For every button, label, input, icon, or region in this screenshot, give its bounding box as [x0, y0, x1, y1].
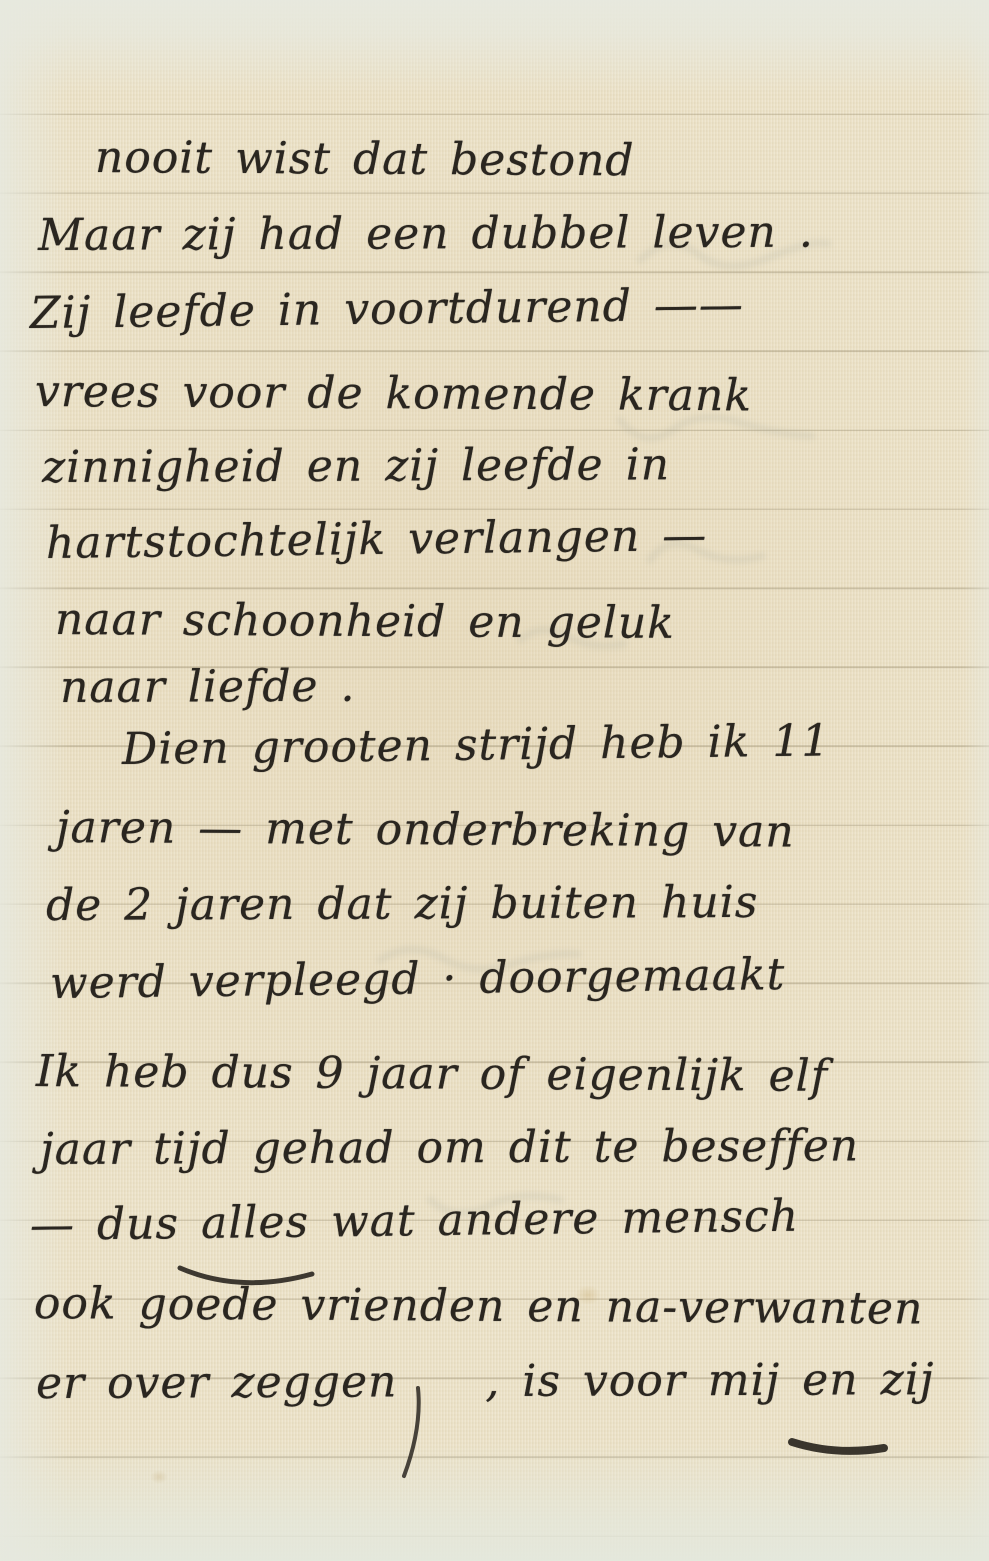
- letter-line-6: hartstochtelijk verlangen —: [46, 510, 708, 569]
- letter-line-14: jaar tijd gehad om dit te beseffen: [40, 1120, 859, 1175]
- letter-line-16: ook goede vrienden en na-verwanten: [34, 1278, 924, 1334]
- letter-line-13: Ik heb dus 9 jaar of eigenlijk elf: [36, 1046, 828, 1102]
- letter-line-7: naar schoonheid en geluk: [55, 594, 675, 649]
- letter-line-17: er over zeggen , is voor mij en zij: [36, 1354, 935, 1409]
- letter-line-15: — dus alles wat andere mensch: [30, 1191, 800, 1251]
- letter-line-4: vrees voor de komende krank: [35, 366, 752, 421]
- letter-line-9: Dien grooten strijd heb ik 11: [122, 715, 831, 775]
- letter-line-2: Maar zij had een dubbel leven .: [38, 207, 814, 261]
- letter-line-8: naar liefde .: [60, 661, 356, 713]
- letter-line-12: werd verpleegd · doorgemaakt: [50, 949, 786, 1009]
- letter-line-10: jaren — met onderbreking van: [56, 802, 795, 858]
- letter-line-1: nooit wist dat bestond: [95, 132, 635, 186]
- letter-line-3: Zij leefde in voortdurend ——: [30, 279, 744, 339]
- handwriting-text: nooit wist dat bestond Maar zij had een …: [0, 0, 989, 1561]
- scanned-letter: nooit wist dat bestond Maar zij had een …: [0, 0, 989, 1561]
- letter-line-5: zinnigheid en zij leefde in: [42, 439, 670, 493]
- letter-sheet: nooit wist dat bestond Maar zij had een …: [0, 0, 989, 1561]
- letter-line-11: de 2 jaren dat zij buiten huis: [46, 877, 759, 931]
